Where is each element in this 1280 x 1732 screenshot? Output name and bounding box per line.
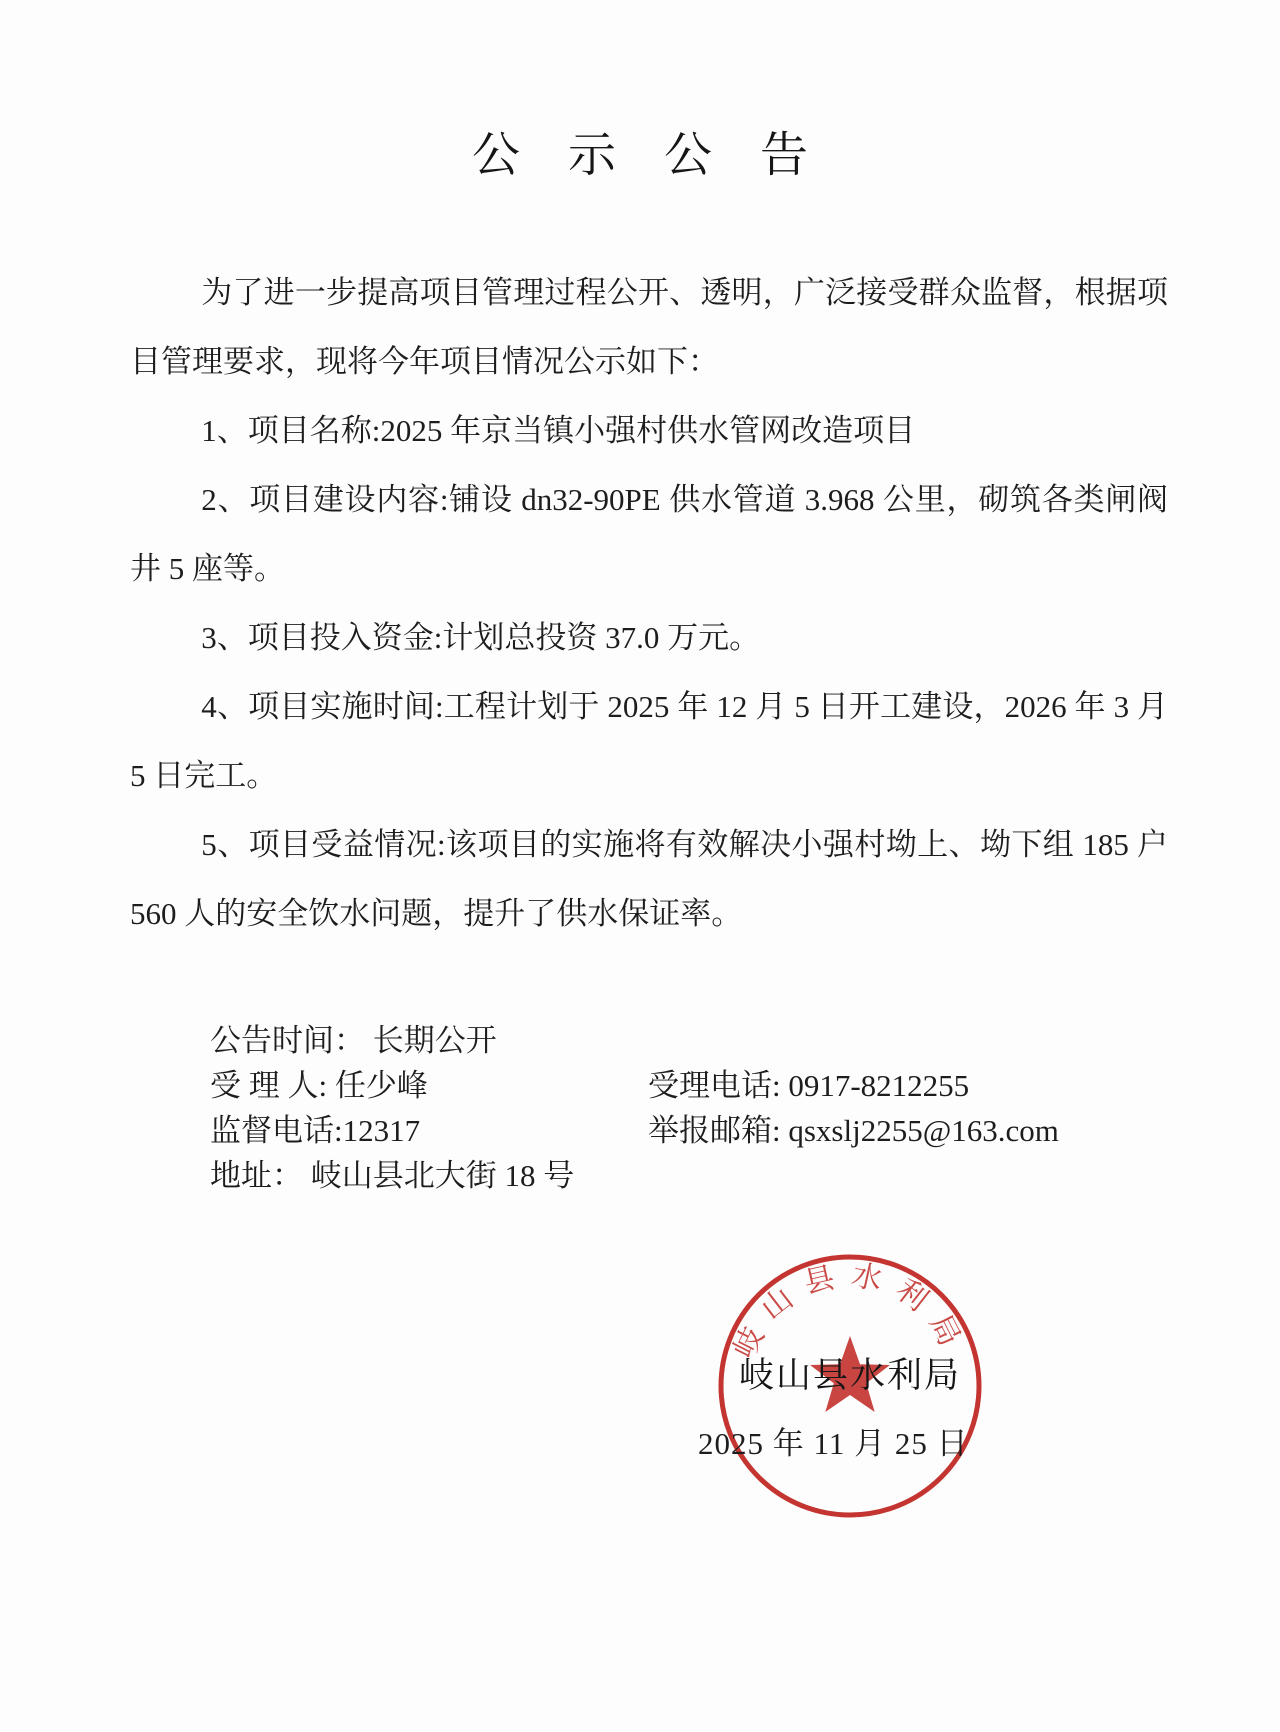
official-seal: 岐山县水利局 岐山县水利局 2025 年 11 月 25 日	[690, 1248, 1010, 1538]
contact-block: 公告时间： 长期公开 受 理 人: 任少峰 监督电话:12317 地址： 岐山县…	[210, 1018, 1150, 1208]
item-benefit: 5、项目受益情况:该项目的实施将有效解决小强村坳上、坳下组 185 户 560 …	[130, 810, 1168, 948]
handler-line: 受 理 人: 任少峰	[210, 1063, 428, 1108]
accept-phone-line: 受理电话: 0917-8212255	[648, 1063, 969, 1108]
address-line: 地址： 岐山县北大街 18 号	[210, 1153, 574, 1198]
seal-graphic: 岐山县水利局	[690, 1248, 1010, 1548]
document-body: 为了进一步提高项目管理过程公开、透明，广泛接受群众监督，根据项目管理要求，现将今…	[130, 258, 1168, 948]
item-investment: 3、项目投入资金:计划总投资 37.0 万元。	[130, 603, 1168, 672]
announcement-document: 公 示 公 告 为了进一步提高项目管理过程公开、透明，广泛接受群众监督，根据项目…	[0, 0, 1280, 1732]
item-schedule: 4、项目实施时间:工程计划于 2025 年 12 月 5 日开工建设，2026 …	[130, 672, 1168, 810]
seal-org-name: 岐山县水利局	[690, 1348, 1010, 1398]
report-email-line: 举报邮箱: qsxslj2255@163.com	[648, 1108, 1059, 1153]
seal-date: 2025 年 11 月 25 日	[698, 1418, 1018, 1463]
item-project-name: 1、项目名称:2025 年京当镇小强村供水管网改造项目	[130, 396, 1168, 465]
supervise-phone-line: 监督电话:12317	[210, 1108, 420, 1153]
item-construction-content: 2、项目建设内容:铺设 dn32-90PE 供水管道 3.968 公里，砌筑各类…	[130, 465, 1168, 603]
announce-time-line: 公告时间： 长期公开	[210, 1018, 497, 1063]
intro-paragraph: 为了进一步提高项目管理过程公开、透明，广泛接受群众监督，根据项目管理要求，现将今…	[130, 258, 1168, 396]
page-title: 公 示 公 告	[0, 116, 1280, 185]
